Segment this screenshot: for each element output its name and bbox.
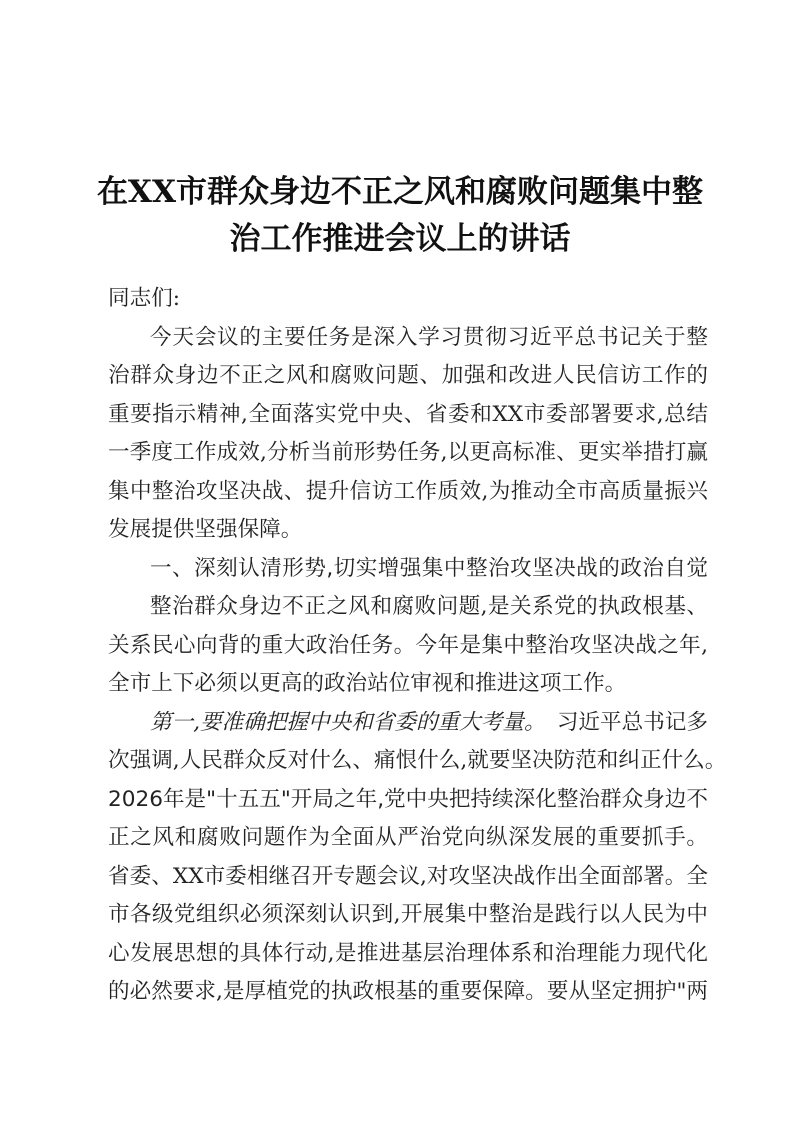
point1-line: 2026年是"十五五"开局之年,党中央把持续深化整治群众身边不 [108, 782, 708, 813]
document-title-line-1: 在XX市群众身边不正之风和腐败问题集中整 [0, 166, 800, 211]
section-heading-1: 一、深刻认清形势,切实增强集中整治攻坚决战的政治自觉 [150, 551, 708, 582]
point1-line: 次强调,人民群众反对什么、痛恨什么,就要坚决防范和纠正什么。 [108, 743, 720, 774]
intro-line: 集中整治攻坚决战、提升信访工作质效,为推动全市高质量振兴 [108, 474, 708, 505]
section1-line: 整治群众身边不正之风和腐败问题,是关系党的执政根基、 [150, 589, 708, 620]
salutation: 同志们: [108, 281, 708, 312]
intro-line: 一季度工作成效,分析当前形势任务,以更高标准、更实举措打赢 [108, 435, 708, 466]
point1-label: 第一,要准确把握中央和省委的重大考量。 [150, 705, 546, 736]
point1-line: 的必然要求,是厚植党的执政根基的重要保障。要从坚定拥护"两 [108, 974, 708, 1005]
point1-first-rest: 习近平总书记多 [557, 705, 708, 736]
intro-line: 发展提供坚强保障。 [108, 512, 708, 543]
intro-line: 治群众身边不正之风和腐败问题、加强和改进人民信访工作的 [108, 358, 708, 389]
point1-line: 心发展思想的具体行动,是推进基层治理体系和治理能力现代化 [108, 936, 708, 967]
point1-line: 省委、XX市委相继召开专题会议,对攻坚决战作出全面部署。全 [108, 859, 708, 890]
intro-line: 今天会议的主要任务是深入学习贯彻习近平总书记关于整 [150, 320, 708, 351]
document-title-line-2: 治工作推进会议上的讲话 [0, 213, 800, 258]
intro-line: 重要指示精神,全面落实党中央、省委和XX市委部署要求,总结 [108, 397, 708, 428]
document-page: 在XX市群众身边不正之风和腐败问题集中整 治工作推进会议上的讲话 同志们: 今天… [0, 0, 800, 1131]
point1-line: 正之风和腐败问题作为全面从严治党向纵深发展的重要抓手。 [108, 820, 708, 851]
point1-first-line: 第一,要准确把握中央和省委的重大考量。 习近平总书记多 [150, 705, 708, 736]
point1-line: 市各级党组织必须深刻认识到,开展集中整治是践行以人民为中 [108, 897, 708, 928]
section1-line: 全市上下必须以更高的政治站位审视和推进这项工作。 [108, 666, 708, 697]
section1-line: 关系民心向背的重大政治任务。今年是集中整治攻坚决战之年, [108, 628, 708, 659]
